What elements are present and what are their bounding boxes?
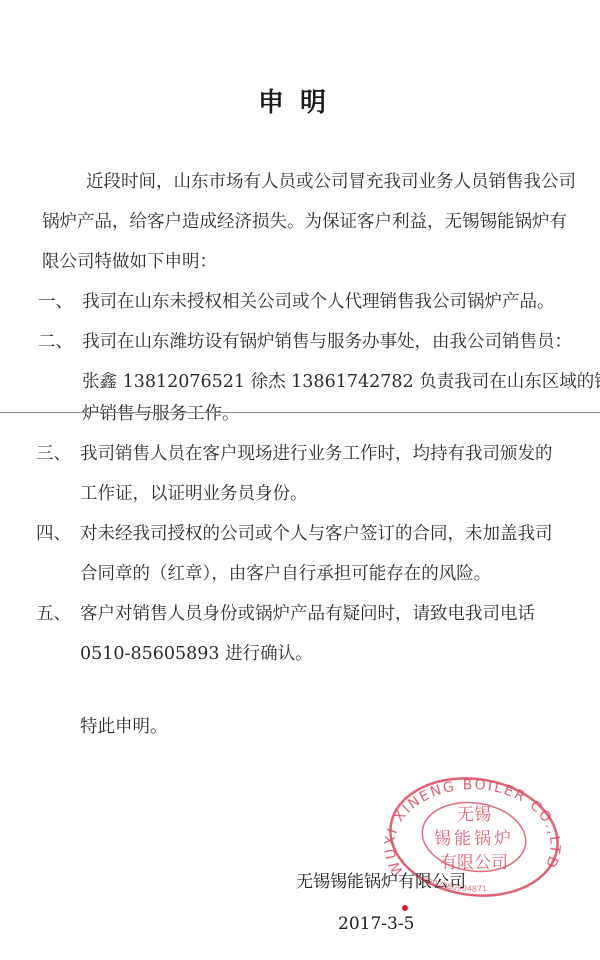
closing-text: 特此申明。: [80, 715, 168, 739]
item-5-number: 五、: [36, 602, 71, 626]
item-4-line-2: 合同章的（红章），由客户自行承担可能存在的风险。: [80, 562, 491, 586]
item-2-line-3: 炉销售与服务工作。: [82, 402, 240, 426]
intro-line-3: 限公司特做如下申明：: [42, 250, 217, 274]
item-3-line-1: 我司销售人员在客户现场进行业务工作时，均持有我司颁发的: [80, 442, 553, 466]
item-5-line-1: 客户对销售人员身份或锅炉产品有疑问时，请致电我司电话: [80, 602, 535, 626]
item-2-line-2: 张鑫 13812076521 徐杰 13861742782 负责我司在山东区域的…: [82, 370, 600, 394]
item-3-number: 三、: [36, 442, 71, 466]
item-2-number: 二、: [38, 330, 73, 354]
item-4-number: 四、: [36, 522, 71, 546]
intro-line-2: 锅炉产品，给客户造成经济损失。为保证客户利益，无锡锡能锅炉有: [42, 210, 567, 234]
item-3-line-2: 工作证，以证明业务员身份。: [80, 482, 308, 506]
horizontal-rule: [0, 412, 600, 413]
svg-text:锡能锅炉: 锡能锅炉: [434, 829, 514, 849]
signature-company-name: 无锡锡能锅炉有限公司: [296, 870, 466, 894]
item-1-number: 一、: [38, 290, 73, 314]
svg-text:无锡: 无锡: [457, 805, 491, 825]
item-4-line-1: 对未经我司授权的公司或个人与客户签订的合同，未加盖我司: [80, 522, 553, 546]
item-2-line-1: 我司在山东潍坊设有锅炉销售与服务办事处，由我公司销售员：: [82, 330, 572, 354]
item-1-line-1: 我司在山东未授权相关公司或个人代理销售我公司锅炉产品。: [82, 290, 555, 314]
signature-date: 2017-3-5: [338, 912, 414, 936]
red-dot-mark: [402, 905, 408, 911]
item-5-line-2: 0510-85605893 进行确认。: [80, 642, 313, 666]
intro-line-1: 近段时间，山东市场有人员或公司冒充我司业务人员销售我公司: [86, 170, 576, 194]
document-title: 申明: [0, 82, 600, 119]
